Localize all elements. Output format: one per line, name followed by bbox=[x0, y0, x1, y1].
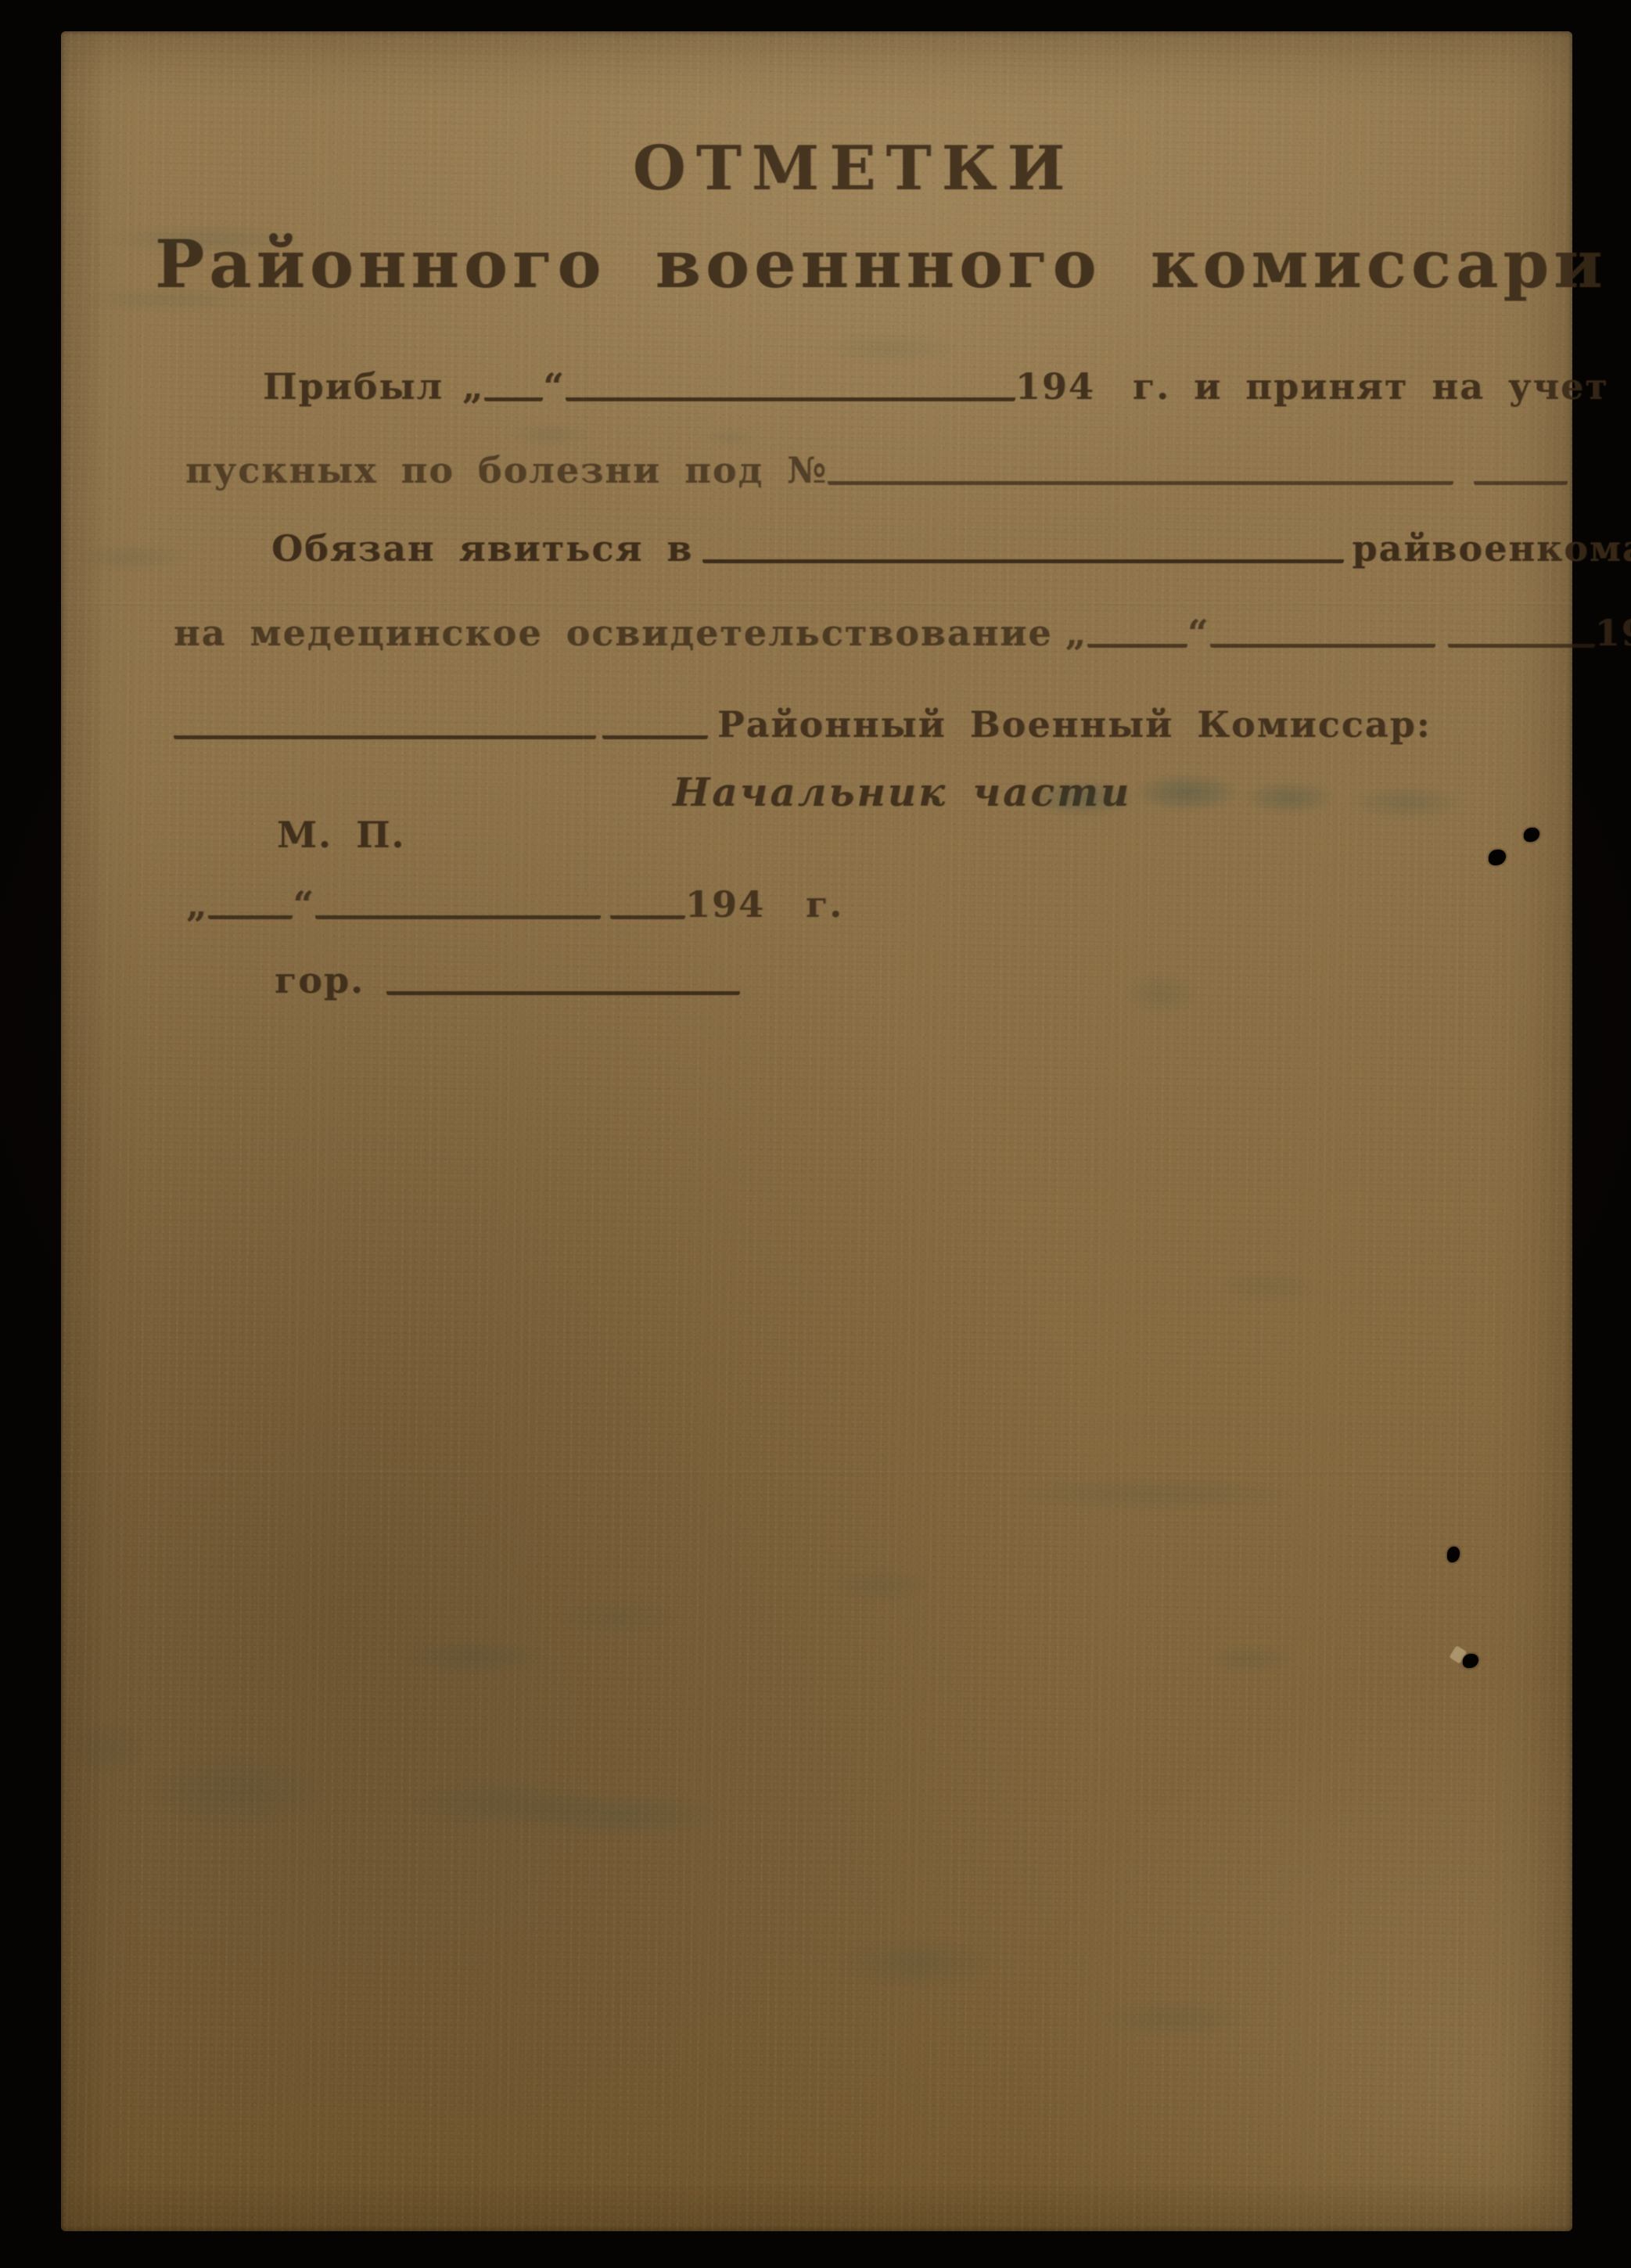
ink-smudge bbox=[499, 421, 601, 449]
spacer bbox=[708, 736, 717, 737]
spacer bbox=[444, 398, 462, 399]
line-medical: на медецинское освидетельствование„“194г… bbox=[174, 615, 1631, 651]
printed-text: 194 bbox=[685, 883, 765, 926]
spacer bbox=[601, 916, 610, 917]
ink-smudge bbox=[74, 221, 332, 258]
blank-field bbox=[208, 909, 293, 919]
ink-smudge bbox=[61, 283, 272, 316]
printed-text: гор. bbox=[275, 959, 365, 1001]
printed-text: „ bbox=[462, 365, 484, 408]
line-stamp: М. П. bbox=[277, 817, 405, 853]
blank-field bbox=[174, 729, 596, 739]
printed-text: “ bbox=[1187, 612, 1209, 654]
spacer bbox=[1095, 398, 1133, 399]
printed-text: 194 bbox=[1595, 612, 1631, 654]
printed-text: Обязан явиться в bbox=[271, 527, 693, 570]
blank-field bbox=[1087, 638, 1187, 648]
blank-field bbox=[1210, 638, 1435, 648]
ink-smudge bbox=[379, 1635, 567, 1678]
spacer bbox=[765, 916, 806, 917]
printed-text: “ bbox=[293, 883, 314, 926]
spacer bbox=[1053, 645, 1065, 645]
spacer bbox=[693, 560, 702, 561]
ink-smudge bbox=[1336, 781, 1477, 824]
blank-field bbox=[828, 475, 1453, 485]
printed-text: пускных по болезни под № bbox=[185, 449, 828, 491]
spacer bbox=[1344, 560, 1352, 561]
ink-smudge bbox=[1115, 966, 1209, 1021]
ink-smudge bbox=[1230, 776, 1348, 819]
line-city: гор. bbox=[275, 962, 740, 998]
printed-text: „ bbox=[186, 883, 208, 926]
blank-field bbox=[1474, 475, 1568, 485]
ink-smudge bbox=[61, 1713, 155, 1784]
ink-smudge bbox=[814, 1932, 1017, 1995]
line-commissar: Районный Военный Комиссар: bbox=[174, 706, 1432, 742]
ink-smudge bbox=[540, 1596, 696, 1639]
printed-text: г. и принят на учет от- bbox=[1133, 365, 1631, 408]
fold-crease bbox=[1457, 735, 1460, 2231]
ink-smudge bbox=[968, 1472, 1336, 1515]
printed-text: Прибыл bbox=[263, 365, 444, 408]
printed-text: 194 bbox=[1015, 365, 1095, 408]
line-appear: Обязан явиться врайвоенкомат. bbox=[271, 530, 1631, 566]
paper-hole bbox=[1463, 1654, 1478, 1668]
printed-text: “ bbox=[543, 365, 565, 408]
blank-field bbox=[484, 391, 543, 401]
blank-field bbox=[1448, 638, 1595, 648]
document-page: ОТМЕТКИ Районного военнного комиссари ат… bbox=[61, 31, 1572, 2231]
fold-crease bbox=[785, 31, 788, 579]
printed-text: М. П. bbox=[277, 814, 405, 856]
fold-crease bbox=[61, 602, 1572, 606]
ink-smudge bbox=[804, 329, 976, 368]
printed-text: г. bbox=[806, 883, 843, 926]
page-title: ОТМЕТКИ bbox=[61, 138, 1572, 199]
blank-field bbox=[566, 391, 1015, 401]
ink-smudge bbox=[817, 1566, 943, 1605]
printed-text: Районный Военный Комиссар: bbox=[717, 703, 1432, 746]
blank-field bbox=[602, 729, 708, 739]
line-number: пускных по болезни под № bbox=[185, 452, 1568, 488]
spacer bbox=[365, 992, 386, 993]
paper-hole bbox=[1524, 828, 1539, 842]
paper-hole bbox=[1489, 850, 1506, 865]
blank-field bbox=[610, 909, 685, 919]
blank-field bbox=[386, 985, 740, 995]
spacer bbox=[1435, 645, 1448, 645]
ink-smudge bbox=[61, 540, 202, 575]
ink-smudge bbox=[1205, 1267, 1330, 1307]
printed-text: райвоенкомат. bbox=[1352, 527, 1631, 570]
ink-smudge bbox=[1080, 1995, 1267, 2042]
printed-text: „ bbox=[1065, 612, 1087, 654]
printed-text: на медецинское освидетельствование bbox=[174, 612, 1053, 654]
ink-smudge bbox=[485, 1788, 751, 1842]
scanner-background: ОТМЕТКИ Районного военнного комиссари ат… bbox=[0, 0, 1631, 2268]
line-arrival: Прибыл„“194г. и принят на учет от- bbox=[263, 368, 1631, 404]
fold-crease bbox=[61, 1471, 1572, 1474]
ink-smudge bbox=[699, 426, 761, 448]
spacer bbox=[596, 736, 602, 737]
line-date: „“194г. bbox=[186, 886, 843, 922]
ink-smudge bbox=[1195, 1641, 1305, 1677]
blank-field bbox=[702, 553, 1344, 563]
spacer bbox=[1453, 482, 1474, 483]
fold-crease bbox=[583, 31, 586, 892]
blank-field bbox=[315, 909, 601, 919]
